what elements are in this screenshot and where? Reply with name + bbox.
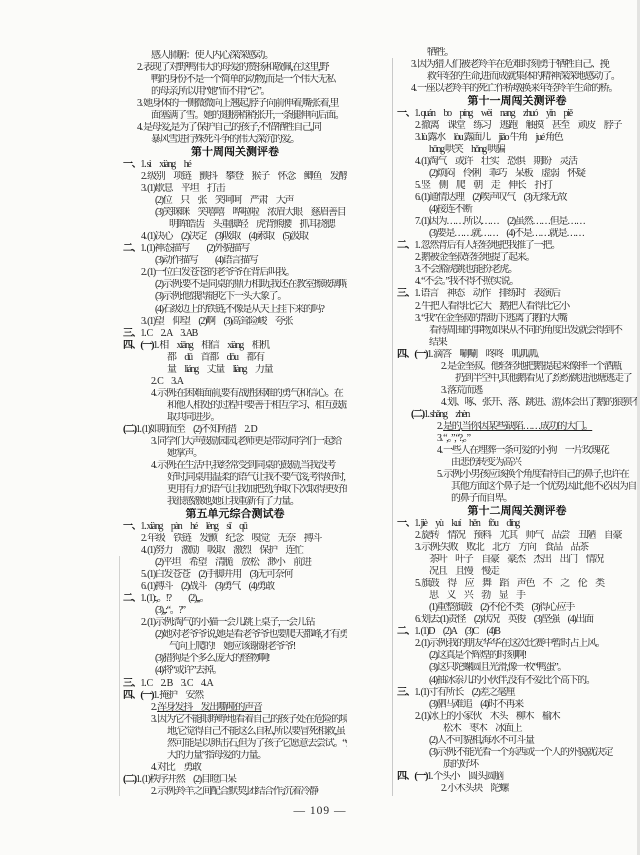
answer-line: 5. 旗鼓 得 应 舞 蹈 声色 不 之 伦 类 (397, 578, 637, 590)
answer-line: 四、(一)1. 相 xiāng 相信 xiàng 相机 (123, 340, 347, 352)
answer-line: 3. 同学们大声鼓励园园,老师更是带动同学们一起给 (123, 436, 347, 448)
answer-line: 5. 竖 侧 爬 朝 走 伸长 扑打 (397, 180, 637, 192)
column-divider-line (392, 58, 393, 796)
answer-line: (2)她对老爷爷说,她是看老爷爷也要爬天都峰,才有勇 (123, 629, 347, 641)
answer-line: 2. 级别 项链 颤抖 攀登 猴子 怀念 鲫鱼 发酵 (123, 171, 347, 183)
answer-line: 牺牲。 (397, 47, 637, 59)
list-marker: 三、 (397, 288, 414, 299)
section-heading: 第十一周闯关测评卷 (397, 95, 637, 108)
answer-line: 质的好坏 (397, 759, 637, 771)
answer-line: (3)笑眯眯 笑嘻嘻 哗啦啦 浓眉大眼 慈眉善目 (123, 207, 347, 219)
answer-line: 2. 示例:羚羊之间配合默契,团结合作;沉着冷静 (123, 786, 347, 798)
answer-line: 4. (1)努力 激励 吸取 激烈 保护 连忙 (123, 545, 347, 557)
answer-line: 松木 枣木 冰面上 (397, 723, 637, 735)
answer-line: (4)接连不断 (397, 204, 637, 216)
answer-line: 和他人相处的过程中要善于相互学习、相互鼓励,争 (123, 400, 347, 412)
answer-line: 2. 旋转 情况 预料 尤其 帅气 品尝 丑陋 自豪 (397, 530, 637, 542)
list-marker: 三、 (123, 328, 140, 339)
answer-line: 暴风雪进行殊死斗争的伟大深沉的爱。 (123, 134, 347, 146)
answer-line: (2)烦闷 伶俐 乖巧 呆板 虚弱 怀疑 (397, 168, 637, 180)
answer-line: 四、(一)1. 个头小 圆头圆脑 (397, 771, 637, 783)
answer-line: 4. 示例:在生活中,我经常受到同桌的鼓励,当我没考 (123, 460, 347, 472)
answer-line: 她掌声。 (123, 448, 347, 460)
answer-line: 其他方面这个鼻子是一个优势,因此,他不必因为自己 (397, 481, 637, 493)
answer-line: 3. 因为猎人们被老羚羊在危难时刻勇于牺牲自己、挽 (397, 59, 637, 71)
answer-line: (2)平坦 希望 清脆 放松 渺小 前进 (123, 557, 347, 569)
answer-line: 面塞满了雪。她的翅膀稍稍张开,一条腿伸向后面。 (123, 110, 347, 122)
underlined-answer: 浑身发抖 发出嘶哑的声音 (157, 702, 261, 713)
list-marker: 三、 (397, 687, 414, 698)
answer-line: (4)抽冰尜儿的小伙伴,没有不爱比个高下的。 (397, 675, 637, 687)
answer-line: 四、(一)1. 滴答 唰唰 咚咚 呱呱呱 (397, 349, 637, 361)
answer-line: (3)要是……就…… (4)不是……就是…… (397, 228, 637, 240)
list-marker: 四、(一) (123, 690, 153, 701)
answer-line: 好时,同桌用温柔的语气让我不要气馁,考得好时, (123, 472, 347, 484)
answer-line: 明眸皓齿 头重脚轻 虎背熊腰 抓耳挠腮 (123, 219, 347, 231)
underlined-answer: 是的,当你因某些缺陷……成功的大门。 (443, 421, 592, 432)
answer-line: 6. (1)搏斗 (2)战斗 (3)勇气 (4)勇敢 (123, 581, 347, 593)
answer-line: 6. 划去:(1)责怪 (2)状况 英俊 (3)坚强 (4)出面 (397, 614, 637, 626)
page-number: — 109 — (0, 805, 640, 817)
answer-line: 3. 不会豁虎跳也能扮老虎。 (397, 264, 637, 276)
list-marker: 二、 (123, 243, 140, 254)
answer-line: 思 义 兴 勃 显 手 (397, 590, 637, 602)
answer-line: 结果 (397, 337, 637, 349)
answer-line: 4. 对比 勇敢 (123, 762, 347, 774)
answer-line: 4. “不会。”我不得不照实说。 (397, 276, 637, 288)
answer-line: 2. (1)示例:我的朋友华华在这次比赛中暂时占上风。 (397, 638, 637, 650)
list-marker: 一、 (397, 108, 414, 119)
list-marker: (二) (123, 424, 136, 435)
answer-line: 由悲伤转变为高兴 (397, 457, 637, 469)
answer-line: 一、1. sì xiàng hé (123, 159, 347, 171)
answer-line: (4)将“或许”去掉。 (123, 665, 347, 677)
answer-line: 量 liáng 丈量 liàng 力量 (123, 364, 347, 376)
answer-line: 三、1. C 2. A 3. AB (123, 328, 347, 340)
answer-line: 取共同进步。 (123, 412, 347, 424)
section-heading: 第五单元综合测试卷 (123, 508, 347, 521)
answer-line: (二)1. shǎng zhèn (397, 409, 637, 421)
answer-line: 4. 划、啄、张开、落、跳进、游,体会出了鹅的狼狈不堪 (397, 397, 637, 409)
answer-line: 3. “我”在金奎叔的帮助下逃离了鹅的大嘴 (397, 313, 637, 325)
list-marker: 二、 (397, 626, 414, 637)
list-marker: 一、 (397, 518, 414, 529)
answer-line: (3)示例:他饿得能吃下一头大象了。 (123, 291, 347, 303)
answer-line: 3. lù 露水 lòu 露面儿 jiǎo 牛角 jué 角色 (397, 132, 637, 144)
answer-line: 4. 示例:在困难面前,要有战胜困难的勇气和信心。在 (123, 388, 347, 400)
answer-line: 三、1. (1)寸有所长 (2)差之毫厘 (397, 687, 637, 699)
answer-line: 5. (1)白发苍苍 (2)手脚并用 (3)无可奈何 (123, 569, 347, 581)
list-marker: 一、 (123, 521, 140, 532)
answer-line: 救年轻的生命,进而成就集体的精神深深地感动了。 (397, 71, 637, 83)
answer-line: 3. 示例:失败 败北 北方 方向 食品 品茶 (397, 542, 637, 554)
page-gutter-line (119, 556, 120, 796)
answer-line: 鸭的身份不是一个简单的动物,而是一个伟大无私 (123, 74, 347, 86)
answer-line: 二、1. (1)神态描写 (2)外貌描写 (123, 243, 347, 255)
answer-line: 3. 她身体的一侧微微向上翘起,脖子向前伸着,嘴张着,里 (123, 98, 347, 110)
answer-line: 的母亲,所以用“她”而不用“它”。 (123, 86, 347, 98)
list-marker: 四、(一) (397, 349, 427, 360)
list-marker: (二) (411, 409, 424, 420)
answer-line: (3)动作描写 (4)语言描写 (123, 255, 347, 267)
answer-line: 我很感激她,她让我重新有了力量。 (123, 496, 347, 508)
answer-line: (二)1. (1)如期而至 (2)不知所措 2. D (123, 424, 347, 436)
answer-line: 2. 小木头块 陀螺 (397, 783, 637, 795)
answer-line: (3)这只陀螺圆且光滑,像一枚“鸭蛋”。 (397, 662, 637, 674)
answer-line: 都 dū 首都 dōu 都有 (123, 352, 347, 364)
answer-line: 3. (1)歇息 平坦 打击 (123, 183, 347, 195)
answer-line: 一、1. quán bo píng wèi nang zhuó yǐn piě (397, 108, 637, 120)
list-marker: 一、 (123, 159, 140, 170)
list-marker: 二、 (397, 240, 414, 251)
answer-line: (3)示例:不能光看一个东西或一个人的外貌就决定 (397, 747, 637, 759)
answer-line: 4. (1)决心 (2)决定 (3)吸取 (4)索取 (5)汲取 (123, 231, 347, 243)
answer-line: 的鼻子而自卑。 (397, 493, 637, 505)
answer-line: 2. 是的,当你因某些缺陷……成功的大门。 (397, 421, 637, 433)
answer-line: 4. 一些人在埋葬一条可爱的小狗 一片玫瑰花 (397, 445, 637, 457)
answer-line: 感人肺腑：使人内心深深感动。 (123, 50, 347, 62)
answer-line: 二、1. (1)D (2)A (3)C (4)B (397, 626, 637, 638)
answer-line: hōng 哄笑 hǒng 哄骗 (397, 144, 637, 156)
list-marker: (二) (123, 774, 136, 785)
answer-line: 茶叶 叶子 自豪 豪杰 杰出 出门 情况 (397, 554, 637, 566)
answer-line: (3)猎狗是个多么庞大的怪物啊! (123, 653, 347, 665)
answer-line: (二)1. (1)秩序井然 (2)目瞪口呆 (123, 774, 347, 786)
answer-line: 2. (1)示例:淘气的小猫一会儿跳上桌子,一会儿钻 (123, 617, 347, 629)
answer-line: 然可能是以卵击石,但为了孩子它愿意去尝试。“强 (123, 738, 347, 750)
answer-line: 三、1. 语言 神态 动作 排练时 表演后 (397, 288, 637, 300)
answer-line: 3. “,。”,“?,。” (397, 433, 637, 445)
answer-line: 四、(一)1. 掩护 安然 (123, 690, 347, 702)
answer-line: 2. 年级 铁链 发颤 纪念 嗅觉 无奈 搏斗 (123, 533, 347, 545)
answer-line: (3)驷马难追 (4)时不再来 (397, 699, 637, 711)
answer-line: 二、1. 忽然背后有人轻轻地把我推了一把。 (397, 240, 637, 252)
list-marker: 二、 (123, 593, 140, 604)
answer-line: (3),,:“。?” (123, 605, 347, 617)
answer-line: 2. 浑身发抖 发出嘶哑的声音 (123, 702, 347, 714)
answer-line: (2)人不可貌相,海水不可斗量 (397, 735, 637, 747)
answer-line: 7. (1)因为……所以…… (2)虽然……但是…… (397, 216, 637, 228)
section-heading: 第十周闯关测评卷 (123, 146, 347, 159)
answer-line: 一、1. xiàng pàn hé lèng sī qū (123, 521, 347, 533)
answer-line: 二、1. (1):,。!? (2),,,。 (123, 593, 347, 605)
answer-line: (4)石级边上的铁链,不像是从天上挂下来的吗? (123, 304, 347, 316)
answer-line: 气向上爬的! 她应该谢谢老爷爷! (123, 641, 347, 653)
answer-line: 2. 表现了对野鸭伟大的母爱的赞扬和敬佩,在这里,野 (123, 62, 347, 74)
answer-line: 2. 是金奎叔。他轻轻地把鹅提起来像摔一个酒瓶 (397, 361, 637, 373)
answer-line: 2. 鹅被金奎叔轻轻地提了起来。 (397, 252, 637, 264)
answer-line: 6. (1)通情达理 (2)唉声叹气 (3)无缘无故 (397, 192, 637, 204)
answer-line: 三、1. C 2. B 3. C 4. A (123, 678, 347, 690)
list-marker: 三、 (123, 678, 140, 689)
answer-line: 4. (1)淘气 或许 壮实 恐惧 期盼 灵活 (397, 156, 637, 168)
answer-line: 大的力量”指母爱的力量。 (123, 750, 347, 762)
right-column: 牺牲。3. 因为猎人们被老羚羊在危难时刻勇于牺牲自己、挽救年轻的生命,进而成就集… (397, 47, 637, 807)
page-number-label: — 109 — (294, 805, 347, 817)
list-marker: 四、(一) (397, 771, 427, 782)
answer-line: 4. 一座以老羚羊的死亡作桥墩换来年轻羚羊生命的桥。 (397, 83, 637, 95)
answer-line: 2. 撤离 课堂 练习 逃跑 触摸 甚至 顽皮 脖子 (397, 120, 637, 132)
answer-line: 2. (1)冰上的小家伙 木头 柳木 榆木 (397, 711, 637, 723)
answer-line: 5. 示例:小男孩应该换个角度看待自己的鼻子,也许在 (397, 469, 637, 481)
answer-line: (2)位 只 张 笑呵呵 严肃 大声 (123, 195, 347, 207)
answer-line: 况且 且慢 慢走 (397, 566, 637, 578)
list-marker: 四、(一) (123, 340, 153, 351)
answer-line: 2. (1)一位白发苍苍的老爷爷在背后叫我。 (123, 267, 347, 279)
answer-line: 看待周围的事物,如果从不同的角度出发就会得到不 (397, 325, 637, 337)
left-column: 感人肺腑：使人内心深深感动。2. 表现了对野鸭伟大的母爱的赞扬和敬佩,在这里,野… (123, 50, 347, 802)
answer-line: (2)这真是个辉煌的时刻啊! (397, 650, 637, 662)
scanned-answer-page: 感人肺腑：使人内心深深感动。2. 表现了对野鸭伟大的母爱的赞扬和敬佩,在这里,野… (0, 0, 640, 855)
answer-line: 4. 是母爱,是为了保护自己的孩子,不惜牺牲自己,同 (123, 122, 347, 134)
answer-line: 一、1. jiè yù kuí hěn fǒu dǐng (397, 518, 637, 530)
answer-line: 2. C 3. A (123, 376, 347, 388)
answer-line: (2)示例:要不是同桌的鼎力相助,我还在教室擦玻璃呢。 (123, 279, 347, 291)
answer-line: 3. 落荒而逃 (397, 385, 637, 397)
answer-line: 2. 牛把人看得比它大 鹅把人看得比它小 (397, 301, 637, 313)
answer-line: (1)重整旗鼓 (2)不伦不类 (3)得心应手 (397, 602, 637, 614)
answer-line: 3. 因为它不能眼睁睁地看着自己的孩子处在危险的境 (123, 714, 347, 726)
answer-line: 扔到半空中,其他鹅看见了,纷纷跳进池塘逃走了 (397, 373, 637, 385)
section-heading: 第十二周闯关测评卷 (397, 505, 637, 518)
answer-line: 3. (1)望 仰望 (2)啊 (3)高耸险峻 夸张 (123, 316, 347, 328)
answer-line: 更用有力的语气让我加把劲,争取下次取得更好的成绩。 (123, 484, 347, 496)
answer-line: 地,它觉得自己不能这么自私,所以要冒死相救,虽 (123, 726, 347, 738)
